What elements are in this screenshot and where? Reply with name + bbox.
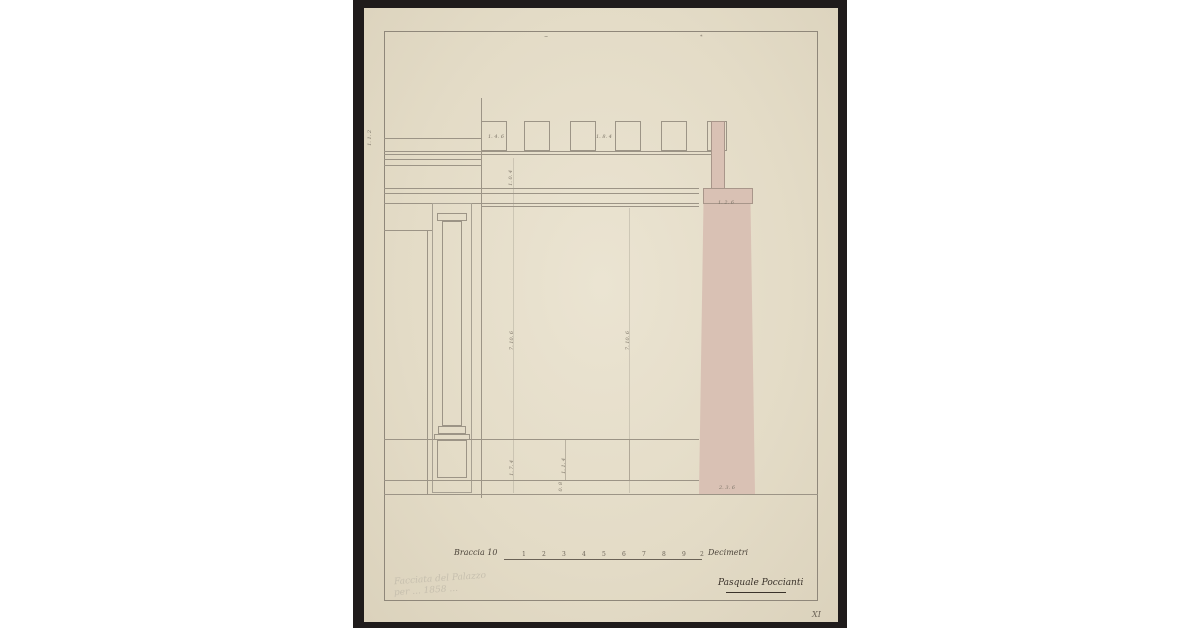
dimension-label: 1. 2. 6 [718,200,734,206]
attic-block [524,121,550,151]
scale-tick: 2 [700,551,704,558]
cornice-line [384,151,714,152]
cornice-line [384,159,482,160]
column-pedestal [437,440,467,478]
dimension-label: 7. 10. 6 [509,331,515,350]
scale-tick: 1 [522,551,526,558]
scale-label-left: Braccia 10 [454,548,497,557]
scale-tick: 3 [562,551,566,558]
cornice-line [384,165,482,166]
dimension-label: 0. 8 [558,482,564,492]
dimension-label: 1. 8. 4 [596,134,612,140]
pier-body [699,204,755,494]
entablature-line [384,193,699,194]
scale-bar [504,559,702,560]
entablature-line [384,188,699,189]
drawing-sheet: ~ * 1. 4. 6 1. 8. 4 1. 0. 4 1. 1. 2 7. 1… [364,8,838,622]
column-capital [437,213,467,221]
plinth-line [384,439,699,440]
dimension-label: 1. 1. 2 [367,130,373,146]
dimension-label: 7. 10. 6 [625,331,631,350]
dimension-label: 1. 7. 4 [509,460,515,476]
signature: Pasquale Poccianti [718,578,803,588]
scale-tick: 6 [622,551,626,558]
attic-block [570,121,596,151]
scale-label-right: Decimetri [708,548,748,557]
plinth-joint [629,439,630,480]
ground-line [384,494,818,495]
attic-block [615,121,641,151]
dimension-label: 1. 1. 4 [561,458,567,474]
wall-line [427,230,428,495]
scale-tick: 7 [642,551,646,558]
folio-number: XI [812,610,821,619]
attic-line [384,138,481,139]
wall-line [384,230,432,231]
pier-chimney [711,121,725,189]
signature-flourish [726,592,786,593]
scale-tick: 2 [542,551,546,558]
scale-tick: 8 [662,551,666,558]
cornice-line [384,154,714,155]
column-base [438,426,466,434]
plinth-line [384,480,699,481]
dimension-line [513,158,514,493]
dimension-label: 1. 4. 6 [488,134,504,140]
bay-edge-line [481,98,482,498]
top-mark: ~ [544,34,548,40]
column-shaft [442,221,462,426]
scale-tick: 4 [582,551,586,558]
dimension-label: 2. 3. 6 [719,485,735,491]
scale-tick: 9 [682,551,686,558]
scale-tick: 5 [602,551,606,558]
top-mark: * [700,34,703,40]
attic-block [661,121,687,151]
